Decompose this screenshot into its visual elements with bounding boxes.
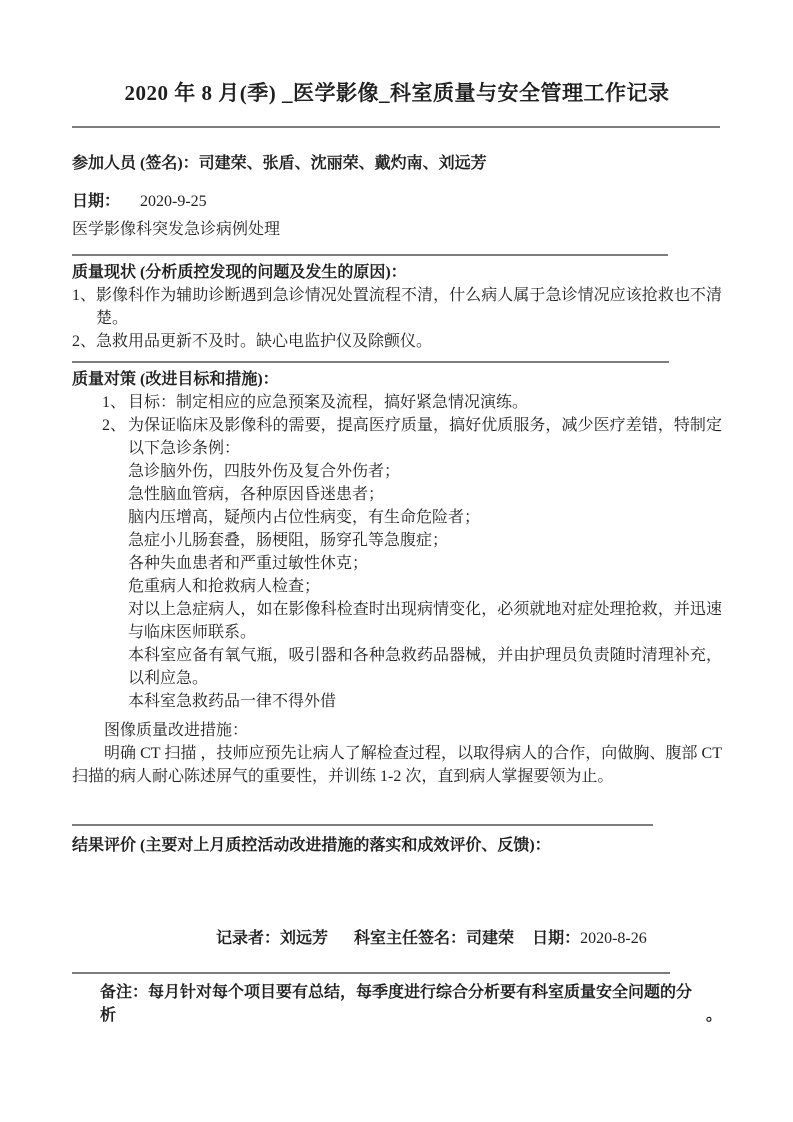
image-quality-line-2: 扫描的病人耐心陈述屏气的重要性，并训练 1-2 次，直到病人掌握要领为止。 — [72, 765, 722, 788]
divider-under-title — [72, 126, 720, 128]
image-quality-line-1: 明确 CT 扫描 ，技师应预先让病人了解检查过程，以取得病人的合作，向做胸、腹部… — [72, 742, 722, 765]
status-item-1-line-1: 影像科作为辅助诊断遇到急诊情况处置流程不清，什么病人属于急诊情况应该抢救也不清 — [96, 284, 722, 307]
image-quality-block: 图像质量改进措施： 明确 CT 扫描 ，技师应预先让病人了解检查过程，以取得病人… — [72, 719, 722, 788]
evaluation-section-heading: 结果评价 (主要对上月质控活动改进措施的落实和成效评价、反馈)： — [72, 834, 722, 857]
recorder-name: 刘远芳 — [280, 930, 328, 947]
status-item-1: 1、 影像科作为辅助诊断遇到急诊情况处置流程不清，什么病人属于急诊情况应该抢救也… — [72, 284, 722, 330]
measures-item-2-line-12: 以利应急。 — [128, 667, 722, 690]
date-value: 2020-9-25 — [140, 193, 207, 210]
measures-item-2: 2、 为保证临床及影像科的需要，提高医疗质量，搞好优质服务，减少医疗差错，特制定… — [102, 414, 722, 713]
measures-item-2-line-1: 为保证临床及影像科的需要，提高医疗质量，搞好优质服务，减少医疗差错，特制定 — [128, 414, 722, 437]
divider-above-evaluation — [72, 824, 653, 826]
signature-date-value: 2020-8-26 — [580, 930, 647, 947]
measures-item-2-line-11: 本科室应备有氧气瓶，吸引器和各种急救药品器械，并由护理员负责随时清理补充， — [128, 644, 722, 667]
note-line: 备注：每月针对每个项目要有总结，每季度进行综合分析要有科室质量安全问题的分析。 — [72, 981, 722, 1027]
measures-item-2-line-8: 危重病人和抢救病人检查； — [128, 575, 722, 598]
measures-item-2-line-4: 急性脑血管病，各种原因昏迷患者； — [128, 483, 722, 506]
participants-label: 参加人员 (签名)： — [72, 155, 199, 172]
measures-item-2-line-6: 急症小儿肠套叠，肠梗阻，肠穿孔等急腹症； — [128, 529, 722, 552]
divider-above-status — [72, 254, 668, 256]
measures-item-2-line-2: 以下急诊条例： — [128, 437, 722, 460]
measures-item-2-line-3: 急诊脑外伤，四肢外伤及复合外伤者； — [128, 460, 722, 483]
participants-names: 司建荣、张盾、沈丽荣、戴灼南、刘远芳 — [199, 155, 487, 172]
measures-item-1: 1、 目标：制定相应的应急预案及流程，搞好紧急情况演练。 — [102, 391, 722, 414]
divider-above-measures — [72, 361, 669, 363]
date-label: 日期： — [72, 193, 120, 210]
image-quality-heading: 图像质量改进措施： — [72, 719, 722, 742]
signature-date-label: 日期： — [532, 930, 580, 947]
page-title: 2020 年 8 月(季) _医学影像_科室质量与安全管理工作记录 — [72, 80, 722, 106]
status-item-2: 2、 急救用品更新不及时。缺心电监护仪及除颤仪。 — [72, 330, 722, 353]
topic-line: 医学影像科突发急诊病例处理 — [72, 218, 722, 241]
status-item-1-line-2: 楚。 — [96, 307, 722, 330]
status-item-2-number: 2、 — [72, 330, 96, 353]
signature-row: 记录者：刘远芳科室主任签名：司建荣日期：2020-8-26 — [216, 927, 722, 950]
status-item-1-body: 影像科作为辅助诊断遇到急诊情况处置流程不清，什么病人属于急诊情况应该抢救也不清 … — [96, 284, 722, 330]
measures-item-1-number: 1、 — [102, 391, 128, 414]
measures-item-2-line-10: 与临床医师联系。 — [128, 621, 722, 644]
director-name: 司建荣 — [466, 930, 514, 947]
status-item-2-body: 急救用品更新不及时。缺心电监护仪及除颤仪。 — [96, 330, 722, 353]
measures-item-2-line-13: 本科室急救药品一律不得外借 — [128, 690, 722, 713]
measures-item-1-line-1: 目标：制定相应的应急预案及流程，搞好紧急情况演练。 — [128, 391, 722, 414]
measures-item-2-line-7: 各种失血患者和严重过敏性休克； — [128, 552, 722, 575]
divider-above-note — [72, 972, 670, 974]
status-item-2-line-1: 急救用品更新不及时。缺心电监护仪及除颤仪。 — [96, 330, 722, 353]
measures-item-2-number: 2、 — [102, 414, 128, 713]
status-section-heading: 质量现状 (分析质控发现的问题及发生的原因)： — [72, 261, 722, 284]
document-page: 2020 年 8 月(季) _医学影像_科室质量与安全管理工作记录 参加人员 (… — [0, 0, 793, 1122]
measures-item-1-body: 目标：制定相应的应急预案及流程，搞好紧急情况演练。 — [128, 391, 722, 414]
measures-item-2-line-9: 对以上急症病人，如在影像科检查时出现病情变化，必须就地对症处理抢救，并迅速 — [128, 598, 722, 621]
measures-item-2-body: 为保证临床及影像科的需要，提高医疗质量，搞好优质服务，减少医疗差错，特制定 以下… — [128, 414, 722, 713]
status-item-1-number: 1、 — [72, 284, 96, 330]
measures-item-2-line-5: 脑内压增高，疑颅内占位性病变，有生命危险者； — [128, 506, 722, 529]
measures-section-heading: 质量对策 (改进目标和措施)： — [72, 368, 722, 391]
participants-line: 参加人员 (签名)：司建荣、张盾、沈丽荣、戴灼南、刘远芳 — [72, 152, 722, 175]
date-line: 日期：2020-9-25 — [72, 190, 722, 213]
director-label: 科室主任签名： — [354, 930, 466, 947]
recorder-label: 记录者： — [216, 930, 280, 947]
